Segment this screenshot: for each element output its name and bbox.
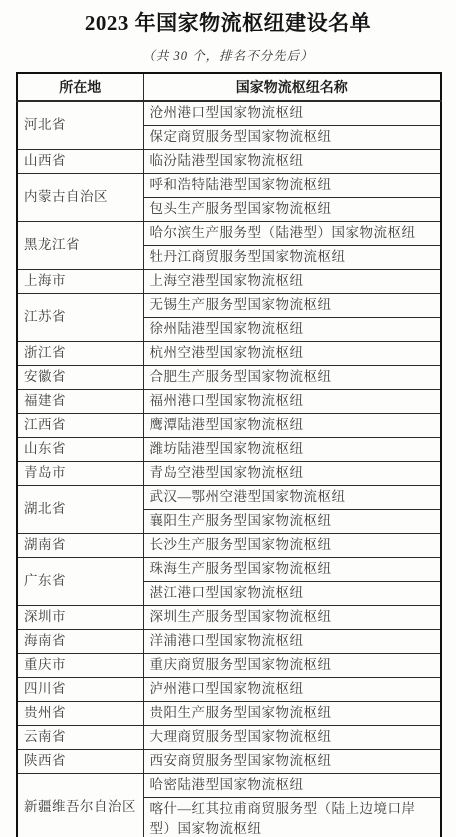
table-row: 河北省沧州港口型国家物流枢纽 bbox=[17, 101, 441, 126]
hub-cell: 湛江港口型国家物流枢纽 bbox=[143, 582, 441, 606]
hub-cell: 青岛空港型国家物流枢纽 bbox=[143, 462, 441, 486]
hub-cell: 牡丹江商贸服务型国家物流枢纽 bbox=[143, 246, 441, 270]
region-cell: 上海市 bbox=[17, 270, 143, 294]
region-cell: 海南省 bbox=[17, 630, 143, 654]
region-cell: 陕西省 bbox=[17, 750, 143, 774]
region-cell: 河北省 bbox=[17, 101, 143, 150]
hub-cell: 大理商贸服务型国家物流枢纽 bbox=[143, 726, 441, 750]
table-row: 陕西省西安商贸服务型国家物流枢纽 bbox=[17, 750, 441, 774]
table-row: 上海市上海空港型国家物流枢纽 bbox=[17, 270, 441, 294]
hub-cell: 上海空港型国家物流枢纽 bbox=[143, 270, 441, 294]
hub-cell: 贵阳生产服务型国家物流枢纽 bbox=[143, 702, 441, 726]
table-row: 内蒙古自治区呼和浩特陆港型国家物流枢纽 bbox=[17, 174, 441, 198]
table-row: 湖南省长沙生产服务型国家物流枢纽 bbox=[17, 534, 441, 558]
hub-cell: 合肥生产服务型国家物流枢纽 bbox=[143, 366, 441, 390]
document-page: 2023 年国家物流枢纽建设名单 （共 30 个，排名不分先后） 所在地 国家物… bbox=[0, 0, 456, 837]
hub-cell: 杭州空港型国家物流枢纽 bbox=[143, 342, 441, 366]
hub-cell: 深圳生产服务型国家物流枢纽 bbox=[143, 606, 441, 630]
region-cell: 浙江省 bbox=[17, 342, 143, 366]
hub-cell: 洋浦港口型国家物流枢纽 bbox=[143, 630, 441, 654]
table-row: 江苏省无锡生产服务型国家物流枢纽 bbox=[17, 294, 441, 318]
region-cell: 安徽省 bbox=[17, 366, 143, 390]
hub-table-body: 河北省沧州港口型国家物流枢纽保定商贸服务型国家物流枢纽山西省临汾陆港型国家物流枢… bbox=[17, 101, 441, 837]
region-cell: 湖南省 bbox=[17, 534, 143, 558]
region-cell: 山东省 bbox=[17, 438, 143, 462]
hub-cell: 保定商贸服务型国家物流枢纽 bbox=[143, 126, 441, 150]
hub-cell: 福州港口型国家物流枢纽 bbox=[143, 390, 441, 414]
hub-cell: 哈密陆港型国家物流枢纽 bbox=[143, 774, 441, 798]
hub-cell: 哈尔滨生产服务型（陆港型）国家物流枢纽 bbox=[143, 222, 441, 246]
hub-cell: 徐州陆港型国家物流枢纽 bbox=[143, 318, 441, 342]
hub-cell: 喀什—红其拉甫商贸服务型（陆上边境口岸型）国家物流枢纽 bbox=[143, 798, 441, 837]
page-title: 2023 年国家物流枢纽建设名单 bbox=[0, 8, 456, 38]
hub-cell: 襄阳生产服务型国家物流枢纽 bbox=[143, 510, 441, 534]
table-row: 山东省潍坊陆港型国家物流枢纽 bbox=[17, 438, 441, 462]
page-subtitle: （共 30 个，排名不分先后） bbox=[0, 48, 456, 64]
table-row: 海南省洋浦港口型国家物流枢纽 bbox=[17, 630, 441, 654]
table-row: 湖北省武汉—鄂州空港型国家物流枢纽 bbox=[17, 486, 441, 510]
table-row: 福建省福州港口型国家物流枢纽 bbox=[17, 390, 441, 414]
header-cell-hub-name: 国家物流枢纽名称 bbox=[143, 73, 441, 101]
hub-cell: 武汉—鄂州空港型国家物流枢纽 bbox=[143, 486, 441, 510]
region-cell: 青岛市 bbox=[17, 462, 143, 486]
region-cell: 江西省 bbox=[17, 414, 143, 438]
region-cell: 黑龙江省 bbox=[17, 222, 143, 270]
hub-cell: 重庆商贸服务型国家物流枢纽 bbox=[143, 654, 441, 678]
region-cell: 四川省 bbox=[17, 678, 143, 702]
hub-cell: 泸州港口型国家物流枢纽 bbox=[143, 678, 441, 702]
table-row: 云南省大理商贸服务型国家物流枢纽 bbox=[17, 726, 441, 750]
table-row: 贵州省贵阳生产服务型国家物流枢纽 bbox=[17, 702, 441, 726]
region-cell: 重庆市 bbox=[17, 654, 143, 678]
hub-cell: 鹰潭陆港型国家物流枢纽 bbox=[143, 414, 441, 438]
region-cell: 云南省 bbox=[17, 726, 143, 750]
hub-cell: 潍坊陆港型国家物流枢纽 bbox=[143, 438, 441, 462]
header-cell-region: 所在地 bbox=[17, 73, 143, 101]
region-cell: 贵州省 bbox=[17, 702, 143, 726]
region-cell: 广东省 bbox=[17, 558, 143, 606]
header-row: 所在地 国家物流枢纽名称 bbox=[17, 73, 441, 101]
table-row: 安徽省合肥生产服务型国家物流枢纽 bbox=[17, 366, 441, 390]
table-row: 山西省临汾陆港型国家物流枢纽 bbox=[17, 150, 441, 174]
table-row: 新疆维吾尔自治区哈密陆港型国家物流枢纽 bbox=[17, 774, 441, 798]
table-row: 广东省珠海生产服务型国家物流枢纽 bbox=[17, 558, 441, 582]
region-cell: 山西省 bbox=[17, 150, 143, 174]
region-cell: 福建省 bbox=[17, 390, 143, 414]
region-cell: 深圳市 bbox=[17, 606, 143, 630]
hub-cell: 长沙生产服务型国家物流枢纽 bbox=[143, 534, 441, 558]
hub-cell: 沧州港口型国家物流枢纽 bbox=[143, 101, 441, 126]
table-row: 青岛市青岛空港型国家物流枢纽 bbox=[17, 462, 441, 486]
hub-cell: 无锡生产服务型国家物流枢纽 bbox=[143, 294, 441, 318]
hub-table: 所在地 国家物流枢纽名称 河北省沧州港口型国家物流枢纽保定商贸服务型国家物流枢纽… bbox=[16, 72, 442, 837]
table-row: 重庆市重庆商贸服务型国家物流枢纽 bbox=[17, 654, 441, 678]
hub-cell: 西安商贸服务型国家物流枢纽 bbox=[143, 750, 441, 774]
table-row: 江西省鹰潭陆港型国家物流枢纽 bbox=[17, 414, 441, 438]
region-cell: 湖北省 bbox=[17, 486, 143, 534]
table-row: 深圳市深圳生产服务型国家物流枢纽 bbox=[17, 606, 441, 630]
region-cell: 内蒙古自治区 bbox=[17, 174, 143, 222]
table-row: 浙江省杭州空港型国家物流枢纽 bbox=[17, 342, 441, 366]
region-cell: 新疆维吾尔自治区 bbox=[17, 774, 143, 837]
table-row: 四川省泸州港口型国家物流枢纽 bbox=[17, 678, 441, 702]
region-cell: 江苏省 bbox=[17, 294, 143, 342]
hub-cell: 珠海生产服务型国家物流枢纽 bbox=[143, 558, 441, 582]
hub-cell: 临汾陆港型国家物流枢纽 bbox=[143, 150, 441, 174]
hub-cell: 呼和浩特陆港型国家物流枢纽 bbox=[143, 174, 441, 198]
hub-cell: 包头生产服务型国家物流枢纽 bbox=[143, 198, 441, 222]
table-row: 黑龙江省哈尔滨生产服务型（陆港型）国家物流枢纽 bbox=[17, 222, 441, 246]
